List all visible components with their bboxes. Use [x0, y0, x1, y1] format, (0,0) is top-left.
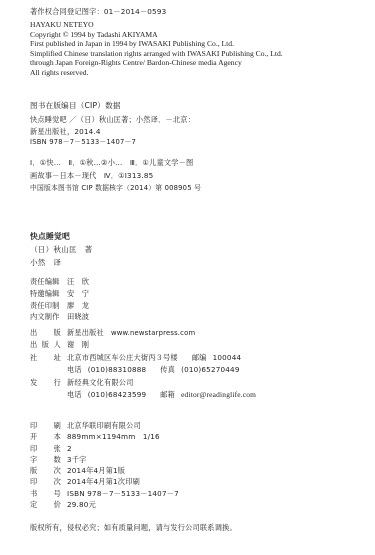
staff-value: 汪 欣: [67, 276, 89, 288]
distributor-row: 发 行 新经典文化有限公司: [30, 377, 256, 389]
spec-value: 2014年4月第1版: [67, 465, 125, 476]
spec-value: 北京华联印刷有限公司: [67, 420, 141, 431]
staff-row: 责任编辑 汪 欣: [30, 276, 89, 288]
staff-value: 安 宁: [67, 288, 89, 300]
book-title: 快点睡觉吧: [30, 231, 70, 242]
distributor-value: 新经典文化有限公司: [67, 377, 134, 389]
address-value: 北京市西城区车公庄大街丙３号楼邮编100044: [67, 352, 241, 364]
spec-label: 印刷: [30, 420, 67, 431]
spec-label: 印张: [30, 443, 67, 454]
cip-class-line: Ⅰ．①快… Ⅱ．①秋…②小… Ⅲ．①儿童文学－图: [30, 156, 193, 169]
publisher-person-value: 谢 刚: [67, 339, 89, 351]
staff-label: 特邀编辑: [30, 288, 67, 300]
spec-value: 2: [67, 443, 72, 454]
spec-row-printer: 印刷 北京华联印刷有限公司: [30, 420, 179, 431]
spec-value: 29.80元: [67, 499, 96, 510]
cip-line: 新星出版社，2014.4: [30, 126, 195, 138]
spec-row-isbn: 书号 ISBN 978－7－5133－1407－7: [30, 488, 179, 499]
cip-classification: Ⅰ．①快… Ⅱ．①秋…②小… Ⅲ．①儿童文学－图 画故事－日本－现代 Ⅳ．①I3…: [30, 156, 193, 182]
publisher-url: www.newstarpress.com: [111, 329, 195, 337]
first-published-line: First published in Japan in 1994 by IWAS…: [30, 39, 283, 49]
dist-phone-label: 电话: [67, 390, 82, 399]
staff-label: 责任印制: [30, 300, 67, 312]
cip-line: 快点睡觉吧 ／（日）秋山匡著；小然译．－北京：: [30, 114, 195, 126]
spec-label: 版次: [30, 465, 67, 476]
spec-row-format: 开本 889mm×1194mm 1/16: [30, 431, 179, 442]
cip-class-line: 画故事－日本－现代 Ⅳ．①I313.85: [30, 169, 193, 182]
distributor-contact-value: 电话(010)68423599邮箱editor@readinglife.com: [67, 389, 256, 401]
publisher-value: 新星出版社www.newstarpress.com: [67, 327, 195, 339]
staff-value: 廖 龙: [67, 300, 89, 312]
original-title: HAYAKU NETEYO: [30, 20, 283, 30]
cip-record-number: 中国版本图书馆 CIP 数据核字（2014）第 008905 号: [30, 182, 201, 192]
zip-value: 100044: [213, 353, 242, 362]
staff-value: 田晓波: [67, 311, 89, 323]
phone-fax-value: 电话(010)88310888传真(010)65270449: [67, 364, 240, 376]
spec-label: 定价: [30, 499, 67, 510]
zip-label: 邮编: [192, 353, 207, 362]
spec-label: 印次: [30, 476, 67, 487]
spec-row-price: 定价 29.80元: [30, 499, 179, 510]
copyright-line: Copyright © 1994 by Tadashi AKIYAMA: [30, 30, 283, 40]
staff-row: 责任印制 廖 龙: [30, 300, 89, 312]
rights-notice: 版权所有，侵权必究；如有质量问题，请与发行公司联系调换。: [30, 523, 237, 533]
spec-value: 889mm×1194mm 1/16: [67, 431, 160, 442]
dist-email-label: 邮箱: [160, 390, 175, 399]
publisher-person-label: 出 版 人: [30, 339, 67, 351]
publisher-person-row: 出 版 人 谢 刚: [30, 339, 256, 351]
phone-row: 电话(010)88310888传真(010)65270449: [30, 364, 256, 376]
fax-value: (010)65270449: [181, 365, 240, 374]
staff-credits: 责任编辑 汪 欣 特邀编辑 安 宁 责任印制 廖 龙 内文制作 田晓波: [30, 276, 89, 323]
spec-value: 2014年4月第1次印刷: [67, 476, 140, 487]
phone-value: (010)88310888: [88, 365, 147, 374]
address-label: 社 址: [30, 352, 67, 364]
staff-row: 特邀编辑 安 宁: [30, 288, 89, 300]
spec-row-edition: 版次 2014年4月第1版: [30, 465, 179, 476]
distributor-label: 发 行: [30, 377, 67, 389]
all-rights-reserved: All rights reserved.: [30, 68, 283, 78]
book-translator: 小然 译: [30, 257, 61, 268]
spec-label: 书号: [30, 488, 67, 499]
spec-value: 3千字: [67, 454, 87, 465]
copyright-registration-number: 著作权合同登记图字：01－2014－0593: [30, 7, 166, 17]
cip-data: 快点睡觉吧 ／（日）秋山匡著；小然译．－北京： 新星出版社，2014.4 ISB…: [30, 114, 195, 149]
agency-line: through Japan Foreign-Rights Centre/ Bar…: [30, 58, 283, 68]
address-row: 社 址 北京市西城区车公庄大街丙３号楼邮编100044: [30, 352, 256, 364]
fax-label: 传真: [160, 365, 175, 374]
spec-row-impression: 印次 2014年4月第1次印刷: [30, 476, 179, 487]
publisher-row: 出 版 新星出版社www.newstarpress.com: [30, 327, 256, 339]
staff-row: 内文制作 田晓波: [30, 311, 89, 323]
copyright-page: 著作权合同登记图字：01－2014－0593 HAYAKU NETEYO Cop…: [0, 0, 375, 555]
cip-isbn: ISBN 978－7－5133－1407－7: [30, 137, 195, 149]
book-author: （日）秋山匡 著: [30, 244, 92, 255]
print-specs: 印刷 北京华联印刷有限公司 开本 889mm×1194mm 1/16 印张 2 …: [30, 420, 179, 510]
phone-label: 电话: [67, 365, 82, 374]
staff-label: 责任编辑: [30, 276, 67, 288]
staff-label: 内文制作: [30, 311, 67, 323]
translation-rights-line: Simplified Chinese translation rights ar…: [30, 49, 283, 59]
english-copyright-block: HAYAKU NETEYO Copyright © 1994 by Tadash…: [30, 20, 283, 78]
spec-label: 字数: [30, 454, 67, 465]
spec-label: 开本: [30, 431, 67, 442]
spec-row-sheets: 印张 2: [30, 443, 179, 454]
distributor-contact-row: 电话(010)68423599邮箱editor@readinglife.com: [30, 389, 256, 401]
publisher-label: 出 版: [30, 327, 67, 339]
publishing-info: 出 版 新星出版社www.newstarpress.com 出 版 人 谢 刚 …: [30, 327, 256, 401]
spec-row-wordcount: 字数 3千字: [30, 454, 179, 465]
dist-email-value: editor@readinglife.com: [181, 390, 256, 399]
cip-title: 图书在版编目（CIP）数据: [30, 100, 121, 111]
dist-phone-value: (010)68423599: [88, 390, 147, 399]
spec-value: ISBN 978－7－5133－1407－7: [67, 488, 179, 499]
